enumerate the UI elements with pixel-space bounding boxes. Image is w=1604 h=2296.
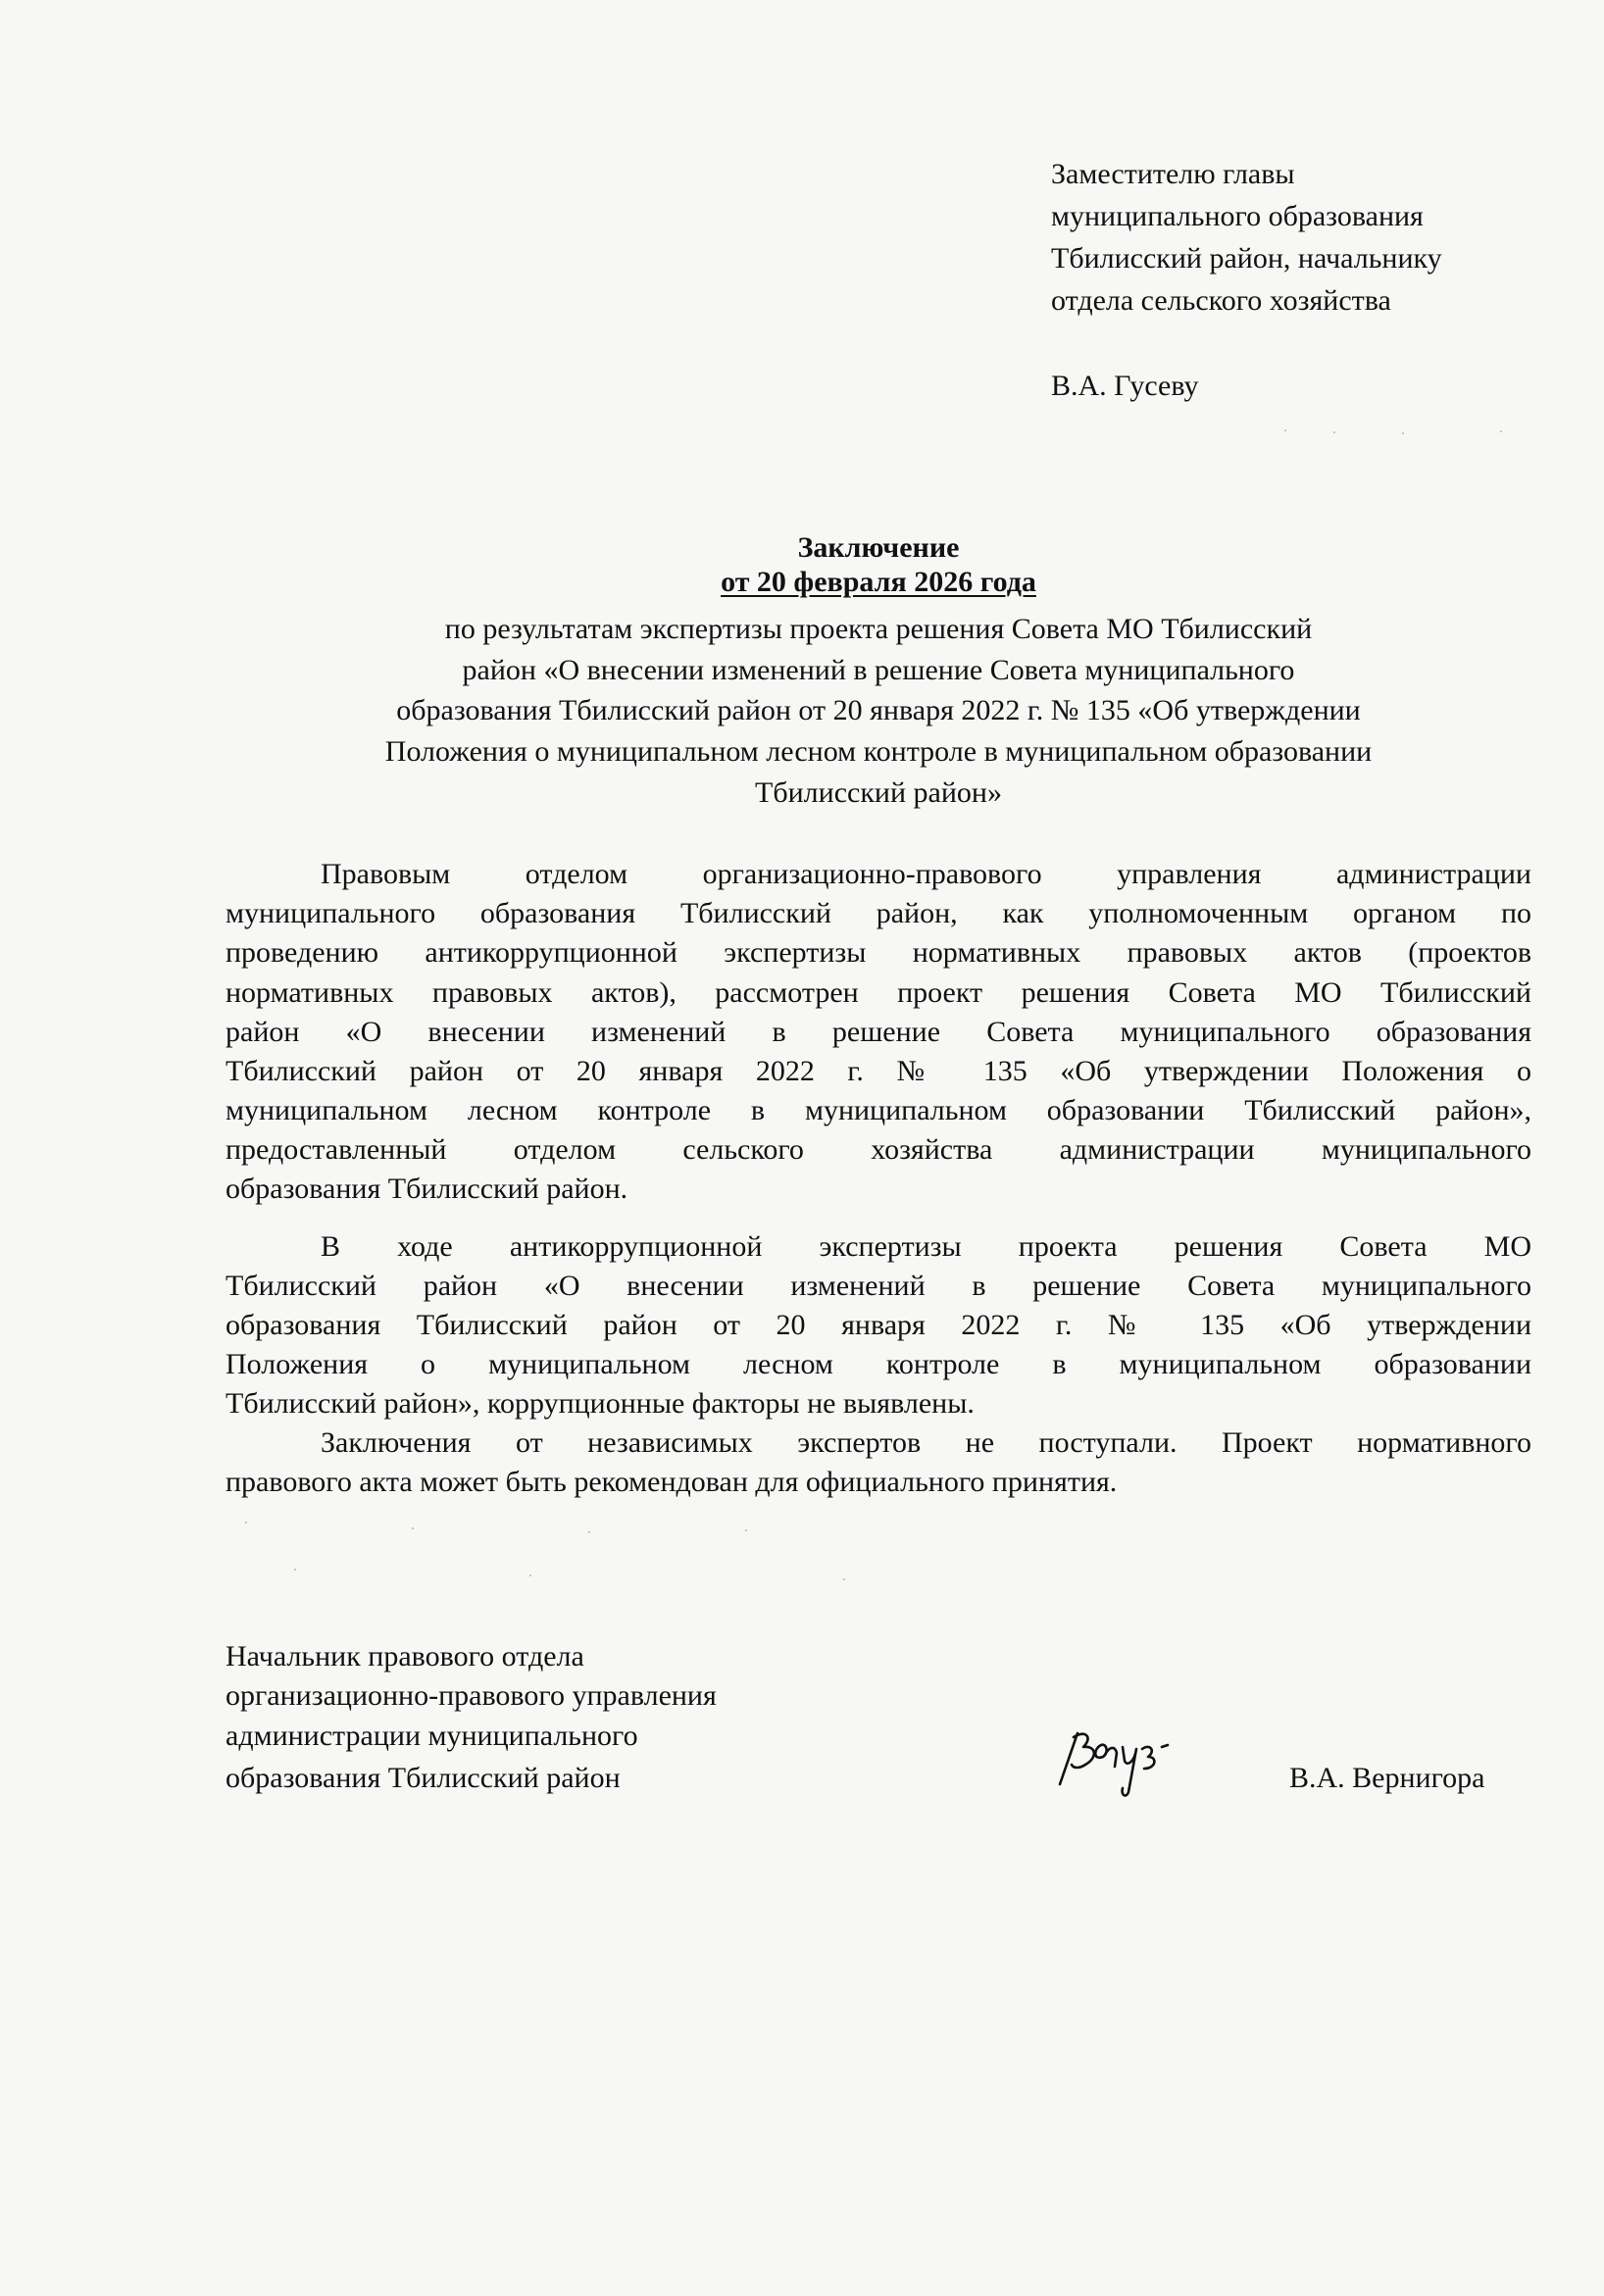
subtitle-line: Положения о муниципальном лесном контрол… — [226, 737, 1531, 767]
body-line: образования Тбилисский район от 20 январ… — [226, 1311, 1531, 1340]
subtitle-line: Тбилисский район» — [226, 778, 1531, 808]
body-line: Тбилисский район», коррупционные факторы… — [226, 1389, 1531, 1419]
document-date: от 20 февраля 2026 года — [226, 568, 1531, 597]
body-line: Тбилисский район «О внесении изменений в… — [226, 1272, 1531, 1301]
body-line: В ходе антикоррупционной экспертизы прое… — [321, 1232, 1531, 1262]
body-line: Тбилисский район от 20 января 2022 г. № … — [226, 1057, 1531, 1086]
signer-name: В.А. Вернигора — [1289, 1764, 1484, 1793]
signer-position-line: Начальник правового отдела — [226, 1642, 584, 1672]
signer-position-line: организационно-правового управления — [226, 1681, 717, 1711]
body-line: проведению антикоррупционной экспертизы … — [226, 938, 1531, 968]
recipient-name: В.А. Гусеву — [1051, 372, 1199, 401]
body-line: муниципальном лесном контроле в муниципа… — [226, 1096, 1531, 1125]
signer-position-line: администрации муниципального — [226, 1722, 638, 1751]
body-line: Положения о муниципальном лесном контрол… — [226, 1350, 1531, 1379]
subtitle-line: образования Тбилисский район от 20 январ… — [226, 696, 1531, 725]
body-line: правового акта может быть рекомендован д… — [226, 1468, 1531, 1497]
signature-icon — [1044, 1723, 1172, 1802]
subtitle-line: по результатам экспертизы проекта решени… — [226, 615, 1531, 644]
body-line: Правовым отделом организационно-правовог… — [321, 860, 1531, 889]
recipient-line: Тбилисский район, начальнику — [1051, 244, 1442, 274]
body-line: район «О внесении изменений в решение Со… — [226, 1018, 1531, 1047]
signer-position-line: образования Тбилисский район — [226, 1764, 621, 1793]
recipient-line: Заместителю главы — [1051, 160, 1295, 189]
document-title: Заключение — [226, 533, 1531, 563]
body-line: образования Тбилисский район. — [226, 1174, 1531, 1204]
subtitle-line: район «О внесении изменений в решение Со… — [226, 656, 1531, 685]
recipient-line: отдела сельского хозяйства — [1051, 286, 1391, 316]
body-line: нормативных правовых актов), рассмотрен … — [226, 978, 1531, 1008]
body-line: предоставленный отделом сельского хозяйс… — [226, 1135, 1531, 1165]
body-line: Заключения от независимых экспертов не п… — [321, 1428, 1531, 1458]
document-page: Заместителю главы муниципального образов… — [0, 0, 1604, 2296]
body-line: муниципального образования Тбилисский ра… — [226, 899, 1531, 928]
recipient-line: муниципального образования — [1051, 202, 1424, 231]
